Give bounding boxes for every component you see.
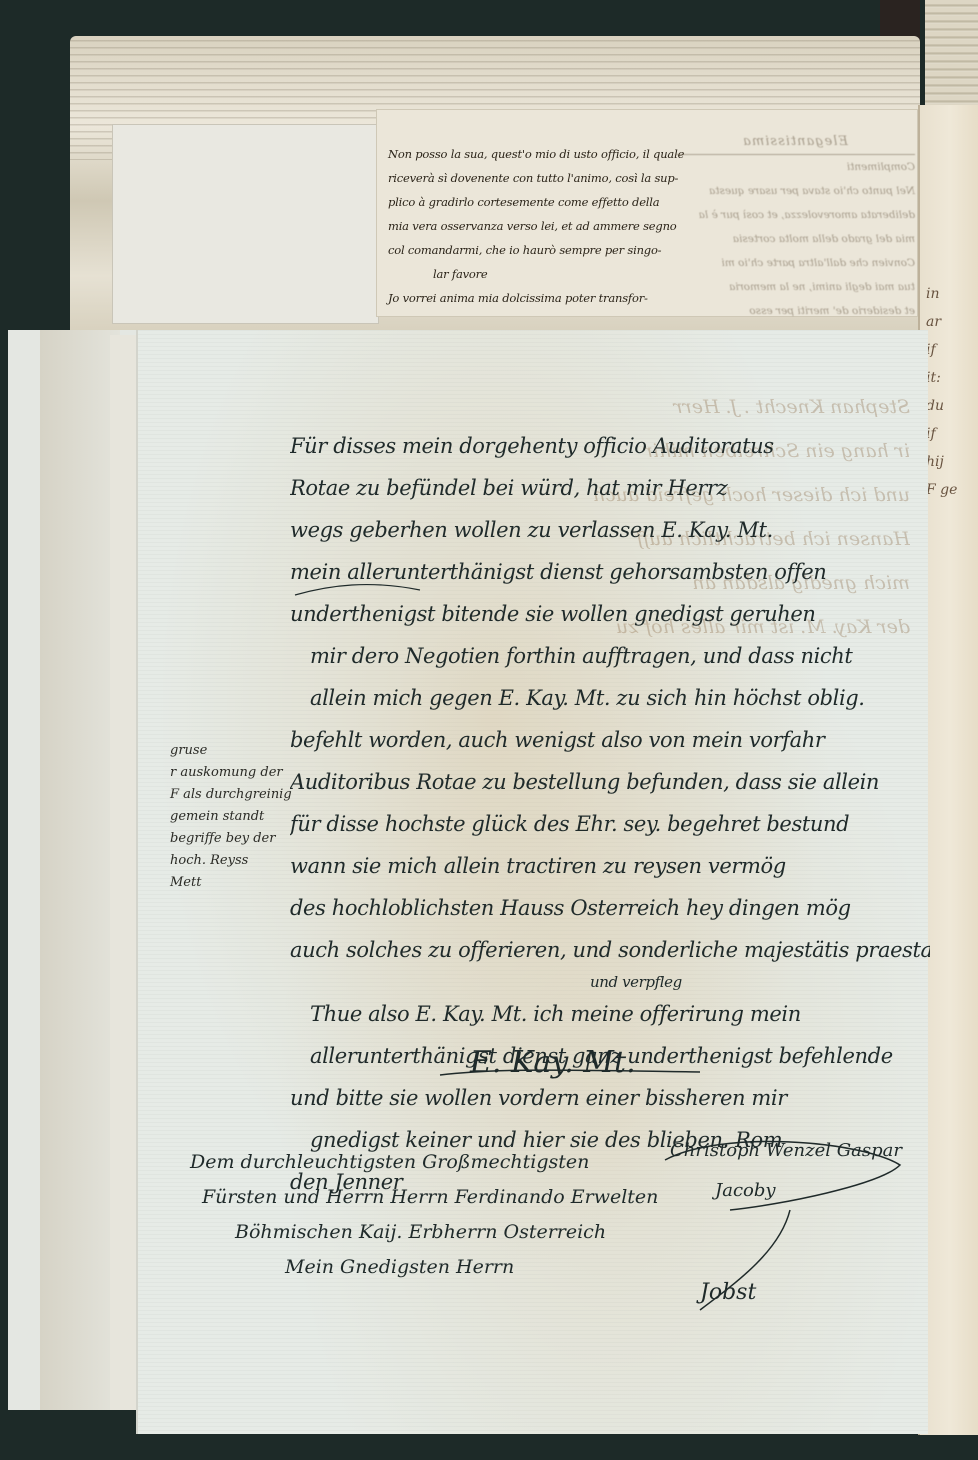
- signature-flourish-icon: [0, 0, 978, 1460]
